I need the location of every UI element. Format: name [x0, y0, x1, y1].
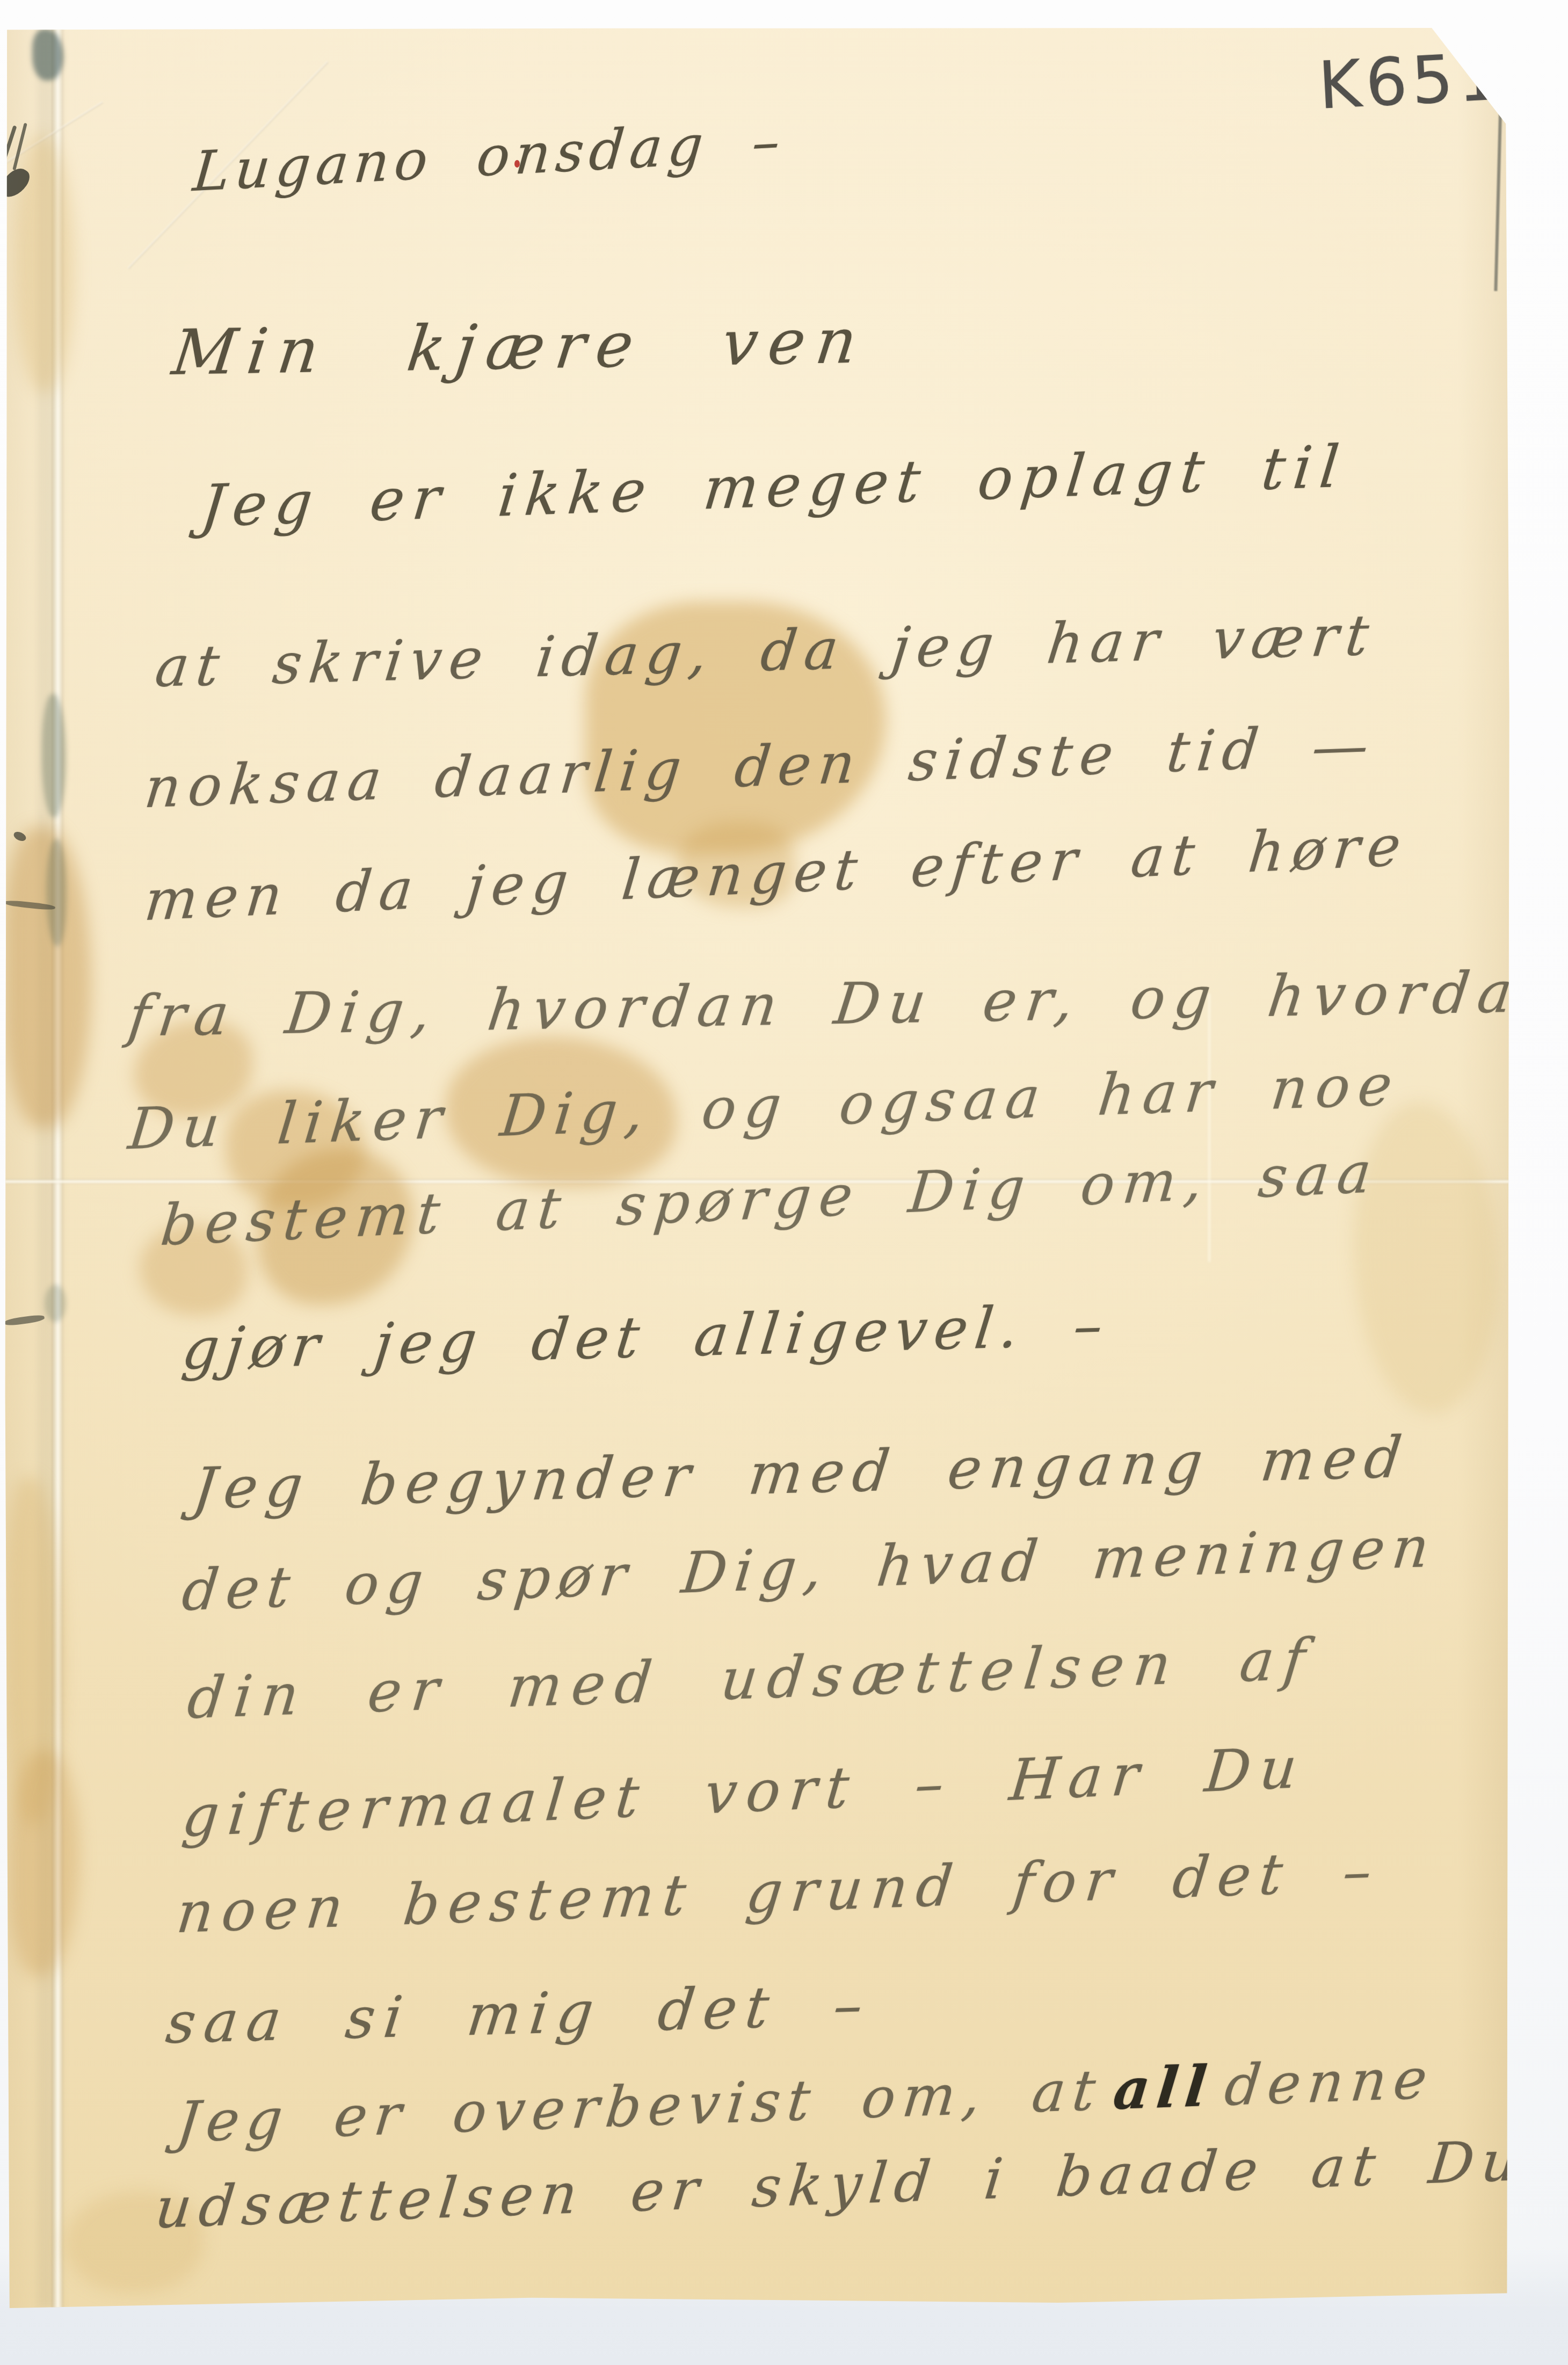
letter-line: fra Dig, hvordan Du er, og hvordan — [125, 963, 1568, 1045]
emphasized-word: all — [1110, 2052, 1217, 2122]
letter-line-text: Jeg er overbevist om, at — [174, 2057, 1106, 2156]
letter-line: Lugano onsdag – — [191, 114, 788, 200]
letter-line: din er med udsættelsen af — [185, 1631, 1317, 1728]
letter-paper: K651 Lugano onsdag – Min kjære ven Jeg e… — [4, 28, 1510, 2309]
letter-line: Du liker Dig, og ogsaa har noe — [126, 1056, 1403, 1158]
letter-line: det og spør Dig, hvad meningen — [179, 1519, 1439, 1619]
letter-line: Jeg er ikke meget oplagt til — [198, 438, 1349, 536]
scanned-letter-page: K651 Lugano onsdag – Min kjære ven Jeg e… — [0, 0, 1568, 2365]
letter-line: Jeg begynder med engang med — [190, 1429, 1412, 1518]
letter-line: Jeg er overbevist om, atalldenne — [175, 2050, 1437, 2150]
paper-edge-shadow — [1494, 60, 1503, 291]
ink-smudge — [45, 1285, 66, 1322]
stain — [10, 1751, 79, 1976]
letter-line: saa si mig det – — [163, 1976, 874, 2052]
letter-line: gjør jeg det alligevel. – — [179, 1297, 1113, 1379]
archive-mark: K651 — [1317, 38, 1506, 124]
ink-smudge — [46, 839, 67, 946]
letter-line: at skrive idag, da jeg har vært — [153, 607, 1379, 695]
letter-line: noen bestemt grund for det – — [174, 1843, 1383, 1942]
letter-line: giftermaalet vort – Har Du — [180, 1739, 1309, 1845]
letter-line-text: denne — [1222, 2045, 1437, 2119]
vertical-crease-right — [1208, 993, 1210, 1262]
letter-line: Min kjære ven — [169, 310, 871, 385]
